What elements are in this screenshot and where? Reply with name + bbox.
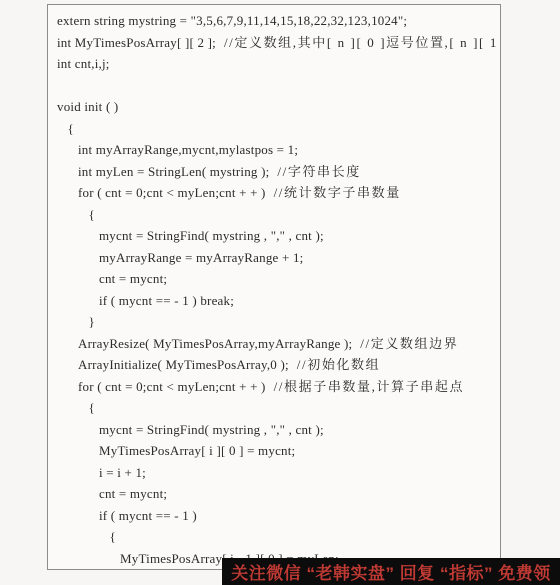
code-line: int cnt,i,j; (57, 53, 494, 75)
code-comment: //统计数字子串数量 (266, 185, 401, 200)
code-line: { (57, 204, 494, 226)
code-line: for ( cnt = 0;cnt < myLen;cnt + + )//统计数… (57, 182, 494, 204)
code-text: ArrayInitialize( MyTimesPosArray,0 ); (78, 357, 289, 372)
code-text: i = i + 1; (99, 465, 146, 480)
code-line: myArrayRange = myArrayRange + 1; (57, 247, 494, 269)
scanned-book-page: extern string mystring = "3,5,6,7,9,11,1… (0, 0, 560, 585)
code-line: int myLen = StringLen( mystring );//字符串长… (57, 161, 494, 183)
code-comment: //定义数组边界 (352, 336, 458, 351)
code-text: { (110, 529, 116, 544)
watermark-banner: 关注微信 “老韩实盘” 回复 “指标” 免费领 (222, 558, 560, 585)
code-text: cnt = mycnt; (99, 486, 167, 501)
code-text: extern string mystring = "3,5,6,7,9,11,1… (57, 13, 407, 28)
code-text: mycnt = StringFind( mystring , "," , cnt… (99, 422, 324, 437)
code-line: if ( mycnt == - 1 ) (57, 505, 494, 527)
code-text: int MyTimesPosArray[ ][ 2 ]; (57, 35, 216, 50)
code-text: ArrayResize( MyTimesPosArray,myArrayRang… (78, 336, 352, 351)
code-text: myArrayRange = myArrayRange + 1; (99, 250, 303, 265)
code-comment: //定义数组,其中[ n ][ 0 ]逗号位置,[ n ][ 1 ]数字子串 (216, 35, 501, 50)
code-text: cnt = mycnt; (99, 271, 167, 286)
code-line: cnt = mycnt; (57, 483, 494, 505)
code-text: int cnt,i,j; (57, 56, 110, 71)
code-line: for ( cnt = 0;cnt < myLen;cnt + + )//根据子… (57, 376, 494, 398)
code-line: mycnt = StringFind( mystring , "," , cnt… (57, 419, 494, 441)
code-text: int myArrayRange,mycnt,mylastpos = 1; (78, 142, 298, 157)
watermark-text: 关注微信 “老韩实盘” 回复 “指标” 免费领 (231, 559, 550, 584)
code-text: int myLen = StringLen( mystring ); (78, 164, 269, 179)
code-text: for ( cnt = 0;cnt < myLen;cnt + + ) (78, 379, 266, 394)
code-text: for ( cnt = 0;cnt < myLen;cnt + + ) (78, 185, 266, 200)
code-line: ArrayResize( MyTimesPosArray,myArrayRang… (57, 333, 494, 355)
code-line: MyTimesPosArray[ i ][ 0 ] = mycnt; (57, 440, 494, 462)
code-line: void init ( ) (57, 96, 494, 118)
code-listing-panel: extern string mystring = "3,5,6,7,9,11,1… (47, 4, 501, 570)
code-comment: //初始化数组 (289, 357, 380, 372)
code-line: i = i + 1; (57, 462, 494, 484)
code-line: extern string mystring = "3,5,6,7,9,11,1… (57, 10, 494, 32)
code-text: if ( mycnt == - 1 ) (99, 508, 197, 523)
code-text: { (68, 121, 74, 136)
code-text: if ( mycnt == - 1 ) break; (99, 293, 234, 308)
code-line: cnt = mycnt; (57, 268, 494, 290)
code-text: void init ( ) (57, 99, 118, 114)
code-line: { (57, 118, 494, 140)
code-line-blank (57, 75, 494, 97)
code-text: mycnt = StringFind( mystring , "," , cnt… (99, 228, 324, 243)
code-line: { (57, 397, 494, 419)
code-text: { (89, 207, 95, 222)
code-text: MyTimesPosArray[ i ][ 0 ] = mycnt; (99, 443, 295, 458)
code-line: mycnt = StringFind( mystring , "," , cnt… (57, 225, 494, 247)
code-line: } (57, 311, 494, 333)
code-line: if ( mycnt == - 1 ) break; (57, 290, 494, 312)
code-comment: //字符串长度 (269, 164, 360, 179)
code-text: { (89, 400, 95, 415)
code-line: int myArrayRange,mycnt,mylastpos = 1; (57, 139, 494, 161)
code-comment: //根据子串数量,计算子串起点 (266, 379, 464, 394)
code-text: } (89, 314, 95, 329)
code-line: { (57, 526, 494, 548)
code-line: int MyTimesPosArray[ ][ 2 ];//定义数组,其中[ n… (57, 32, 494, 54)
code-line: ArrayInitialize( MyTimesPosArray,0 );//初… (57, 354, 494, 376)
